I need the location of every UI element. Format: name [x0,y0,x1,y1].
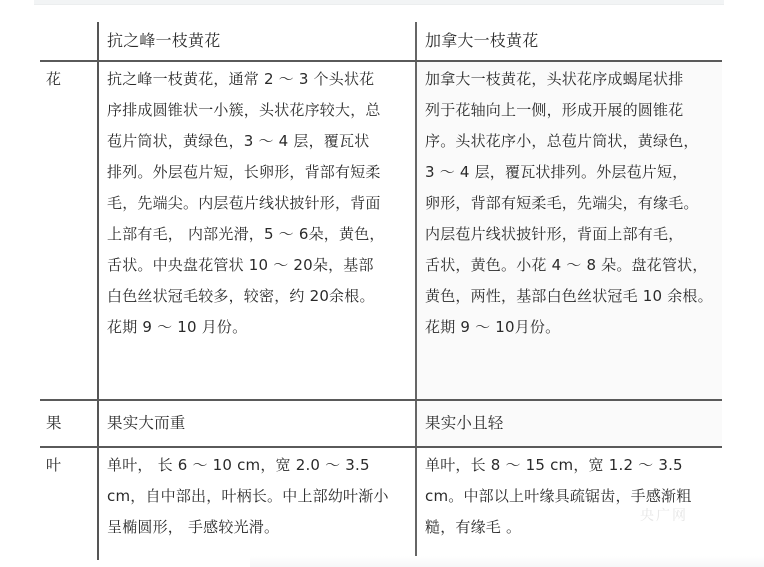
text-line: 抗之峰一枝黄花，通常 2 ～ 3 个头状花 [107,64,411,95]
text-line: 果实大而重 [107,401,411,445]
text-line: 花期 9 ～ 10 月份。 [107,312,411,343]
text-line: 序排成圆锥状一小簇，头状花序较大，总 [107,95,411,126]
comparison-table: 抗之峰一枝黄花 加拿大一枝黄花 花 抗之峰一枝黄花，通常 2 ～ 3 个头状花 … [40,22,722,560]
header-cell-empty [40,22,97,60]
table-header-row: 抗之峰一枝黄花 加拿大一枝黄花 [40,22,722,60]
bottom-fade [250,556,764,567]
row-label-leaf: 叶 [40,448,97,560]
top-bar [34,0,724,5]
text-line: 白色丝状冠毛较多，较密，约 20余根。 [107,281,411,312]
text-line: 列于花轴向上一侧，形成开展的圆锥花 [425,95,720,126]
header-cell-kangzhifeng: 抗之峰一枝黄花 [97,22,415,60]
text-line: 单叶，长 8 ～ 15 cm，宽 1.2 ～ 3.5 [425,450,720,481]
text-line: 序。头状花序小，总苞片筒状，黄绿色， [425,126,720,157]
fruit-cell-kangzhifeng: 果实大而重 [97,401,415,446]
text-line: cm，自中部出，叶柄长。中上部幼叶渐小 [107,481,411,512]
flower-cell-kangzhifeng: 抗之峰一枝黄花，通常 2 ～ 3 个头状花 序排成圆锥状一小簇，头状花序较大，总… [97,62,415,399]
text-line: 3 ～ 4 层，覆瓦状排列。外层苞片短， [425,157,720,188]
text-line: 卵形，背部有短柔毛，先端尖，有缘毛。 [425,188,720,219]
text-line: 黄色，两性，基部白色丝状冠毛 10 余根。 [425,281,720,312]
watermark: 央广网 [640,505,688,525]
text-line: 苞片筒状，黄绿色，3 ～ 4 层，覆瓦状 [107,126,411,157]
table-row-flower: 花 抗之峰一枝黄花，通常 2 ～ 3 个头状花 序排成圆锥状一小簇，头状花序较大… [40,62,722,399]
table-row-leaf: 叶 单叶， 长 6 ～ 10 cm，宽 2.0 ～ 3.5 cm，自中部出，叶柄… [40,448,722,560]
text-line: 花期 9 ～ 10月份。 [425,312,720,343]
text-line: 果实小且轻 [425,401,720,445]
text-line: 排列。外层苞片短，长卵形，背部有短柔 [107,157,411,188]
text-line: 舌状。中央盘花管状 10 ～ 20朵，基部 [107,250,411,281]
fruit-cell-canada: 果实小且轻 [415,401,722,446]
text-line: 舌状，黄色。小花 4 ～ 8 朵。盘花管状， [425,250,720,281]
text-line: 内层苞片线状披针形，背面上部有毛， [425,219,720,250]
row-label-fruit: 果 [40,401,97,446]
flower-cell-canada: 加拿大一枝黄花，头状花序成蝎尾状排 列于花轴向上一侧，形成开展的圆锥花 序。头状… [415,62,722,399]
leaf-cell-canada: 单叶，长 8 ～ 15 cm，宽 1.2 ～ 3.5 cm。中部以上叶缘具疏锯齿… [415,448,722,560]
text-line: 上部有毛， 内部光滑，5 ～ 6朵，黄色， [107,219,411,250]
text-line: 毛，先端尖。内层苞片线状披针形，背面 [107,188,411,219]
row-label-flower: 花 [40,62,97,399]
table-row-fruit: 果 果实大而重 果实小且轻 [40,401,722,446]
header-cell-canada: 加拿大一枝黄花 [415,22,722,60]
text-line: 加拿大一枝黄花，头状花序成蝎尾状排 [425,64,720,95]
text-line: 呈椭圆形， 手感较光滑。 [107,512,411,543]
leaf-cell-kangzhifeng: 单叶， 长 6 ～ 10 cm，宽 2.0 ～ 3.5 cm，自中部出，叶柄长。… [97,448,415,560]
text-line: 单叶， 长 6 ～ 10 cm，宽 2.0 ～ 3.5 [107,450,411,481]
